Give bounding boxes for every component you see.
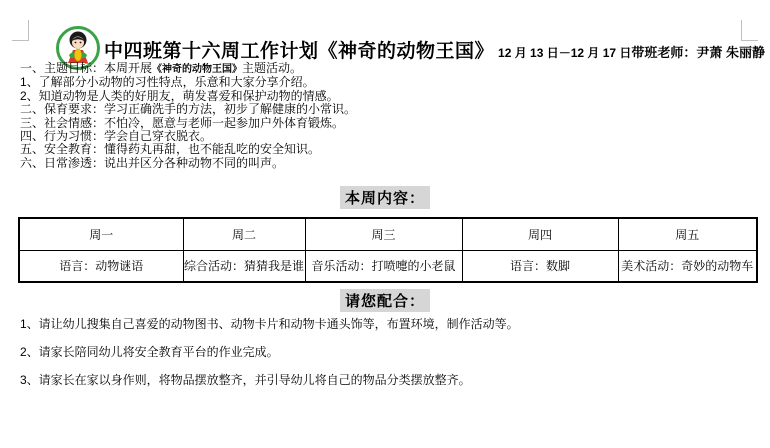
cooperation-heading-text: 请您配合： bbox=[340, 289, 430, 312]
weekly-schedule-table: 周一 周二 周三 周四 周五 语言：动物谜语 综合活动：猜猜我是谁 音乐活动：打… bbox=[18, 217, 758, 283]
activity-cell: 音乐活动：打喷嚏的小老鼠 bbox=[305, 250, 462, 282]
cooperation-item: 2、请家长陪同幼儿将安全教育平台的作业完成。 bbox=[20, 346, 756, 359]
title-left-group: 中四班第十六周工作计划《神奇的动物王国》12 月 13 日－12 月 17 日 bbox=[104, 36, 631, 63]
document-title-bar: 中四班第十六周工作计划《神奇的动物王国》12 月 13 日－12 月 17 日 … bbox=[104, 36, 756, 63]
day-header-cell: 周二 bbox=[183, 218, 305, 250]
document-page: { "header": { "title_main": "中四班第十六周工作计划… bbox=[0, 0, 770, 448]
objective-theme-prefix: 一、主题目标：本周开展 bbox=[20, 61, 152, 75]
objective-theme-suffix: 主题活动。 bbox=[242, 61, 302, 75]
activity-cell: 语言：数脚 bbox=[462, 250, 618, 282]
table-activity-row: 语言：动物谜语 综合活动：猜猜我是谁 音乐活动：打喷嚏的小老鼠 语言：数脚 美术… bbox=[19, 250, 757, 282]
table-header-row: 周一 周二 周三 周四 周五 bbox=[19, 218, 757, 250]
day-header-cell: 周三 bbox=[305, 218, 462, 250]
objective-line: 五、安全教育：懂得药丸再甜，也不能乱吃的安全知识。 bbox=[20, 143, 756, 156]
objective-line: 六、日常渗透：说出并区分各种动物不同的叫声。 bbox=[20, 157, 756, 170]
document-title: 中四班第十六周工作计划《神奇的动物王国》 bbox=[104, 41, 494, 62]
objective-theme-book-title: 《神奇的动物王国》 bbox=[152, 64, 242, 75]
cooperation-item: 1、请让幼儿搜集自己喜爱的动物图书、动物卡片和动物卡通头饰等，布置环境，制作活动… bbox=[20, 318, 756, 331]
activity-cell: 语言：动物谜语 bbox=[19, 250, 183, 282]
day-header-cell: 周四 bbox=[462, 218, 618, 250]
section-heading-week-content: 本周内容： bbox=[0, 186, 770, 209]
activity-cell: 美术活动：奇妙的动物车 bbox=[618, 250, 757, 282]
objectives-list: 一、主题目标：本周开展《神奇的动物王国》主题活动。 1、了解部分小动物的习性特点… bbox=[20, 62, 756, 170]
teachers-label: 带班老师：尹萧 朱丽静 bbox=[631, 42, 765, 61]
objective-line: 二、保育要求：学习正确洗手的方法，初步了解健康的小常识。 bbox=[20, 103, 756, 116]
day-header-cell: 周一 bbox=[19, 218, 183, 250]
cooperation-item: 3、请家长在家以身作则，将物品摆放整齐，并引导幼儿将自己的物品分类摆放整齐。 bbox=[20, 374, 756, 387]
objective-line: 1、了解部分小动物的习性特点，乐意和大家分享介绍。 bbox=[20, 76, 756, 89]
activity-cell: 综合活动：猜猜我是谁 bbox=[183, 250, 305, 282]
margin-crop-mark-left bbox=[12, 20, 29, 41]
date-range: 12 月 13 日－12 月 17 日 bbox=[498, 46, 631, 60]
week-content-heading-text: 本周内容： bbox=[340, 186, 430, 209]
cooperation-list: 1、请让幼儿搜集自己喜爱的动物图书、动物卡片和动物卡通头饰等，布置环境，制作活动… bbox=[20, 318, 756, 402]
section-heading-cooperation: 请您配合： bbox=[0, 289, 770, 312]
day-header-cell: 周五 bbox=[618, 218, 757, 250]
